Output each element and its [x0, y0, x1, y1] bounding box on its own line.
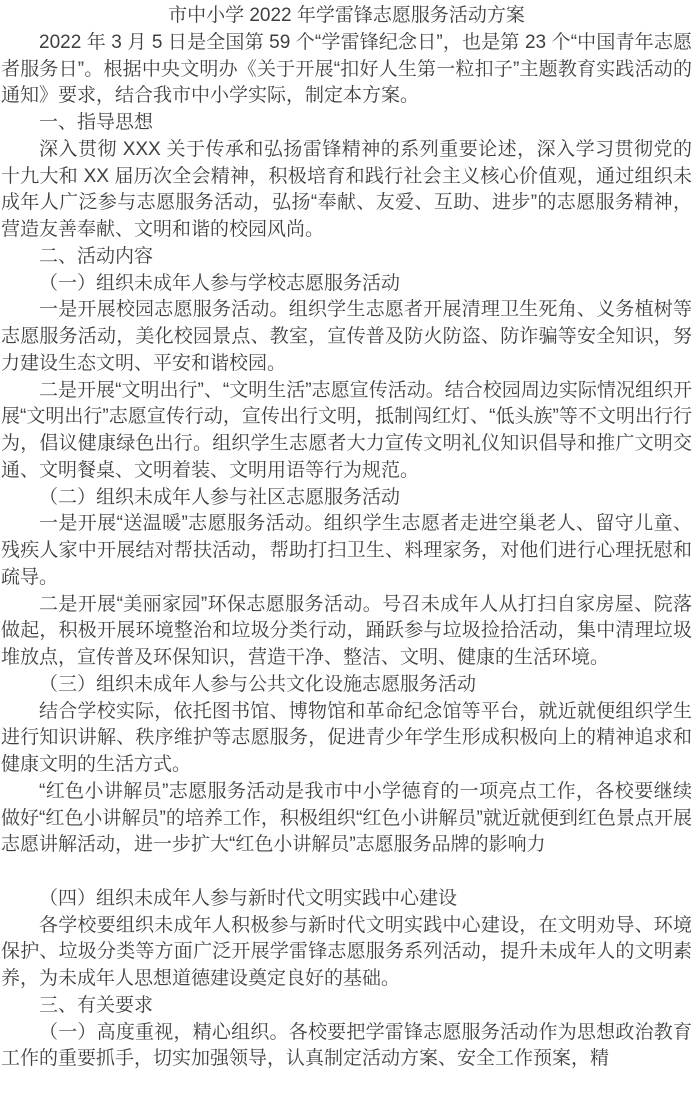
document-paragraph: “红色小讲解员”志愿服务活动是我市中小学德育的一项亮点工作，各校要继续做好“红色…: [1, 779, 692, 859]
document-body: 2022 年 3 月 5 日是全国第 59 个“学雷锋纪念日”，也是第 23 个…: [1, 30, 692, 1073]
document-paragraph: 一是开展“送温暖”志愿服务活动。组织学生志愿者走进空巢老人、留守儿童、残疾人家中…: [1, 511, 692, 591]
document-subheading: （二）组织未成年人参与社区志愿服务活动: [1, 485, 692, 512]
document-heading: 二、活动内容: [1, 244, 692, 271]
blank-line: [1, 859, 692, 886]
document-paragraph: 二是开展“文明出行”、“文明生活”志愿宣传活动。结合校园周边实际情况组织开展“文…: [1, 378, 692, 485]
document-title: 市中小学 2022 年学雷锋志愿服务活动方案: [1, 3, 692, 30]
document-heading: 三、有关要求: [1, 993, 692, 1020]
document-subheading: （四）组织未成年人参与新时代文明实践中心建设: [1, 886, 692, 913]
document-paragraph: 结合学校实际，依托图书馆、博物馆和革命纪念馆等平台，就近就便组织学生进行知识讲解…: [1, 699, 692, 779]
document-subheading: （一）组织未成年人参与学校志愿服务活动: [1, 271, 692, 298]
document-paragraph: 2022 年 3 月 5 日是全国第 59 个“学雷锋纪念日”，也是第 23 个…: [1, 30, 692, 110]
document-page: 市中小学 2022 年学雷锋志愿服务活动方案 2022 年 3 月 5 日是全国…: [0, 0, 693, 1073]
document-heading: 一、指导思想: [1, 110, 692, 137]
document-paragraph: 一是开展校园志愿服务活动。组织学生志愿者开展清理卫生死角、义务植树等志愿服务活动…: [1, 297, 692, 377]
document-paragraph: 二是开展“美丽家园”环保志愿服务活动。号召未成年人从打扫自家房屋、院落做起，积极…: [1, 592, 692, 672]
document-paragraph: 各学校要组织未成年人积极参与新时代文明实践中心建设，在文明劝导、环境保护、垃圾分…: [1, 913, 692, 993]
document-paragraph: 深入贯彻 XXX 关于传承和弘扬雷锋精神的系列重要论述，深入学习贯彻党的十九大和…: [1, 137, 692, 244]
document-paragraph: （一）高度重视，精心组织。各校要把学雷锋志愿服务活动作为思想政治教育工作的重要抓…: [1, 1020, 692, 1074]
document-subheading: （三）组织未成年人参与公共文化设施志愿服务活动: [1, 672, 692, 699]
